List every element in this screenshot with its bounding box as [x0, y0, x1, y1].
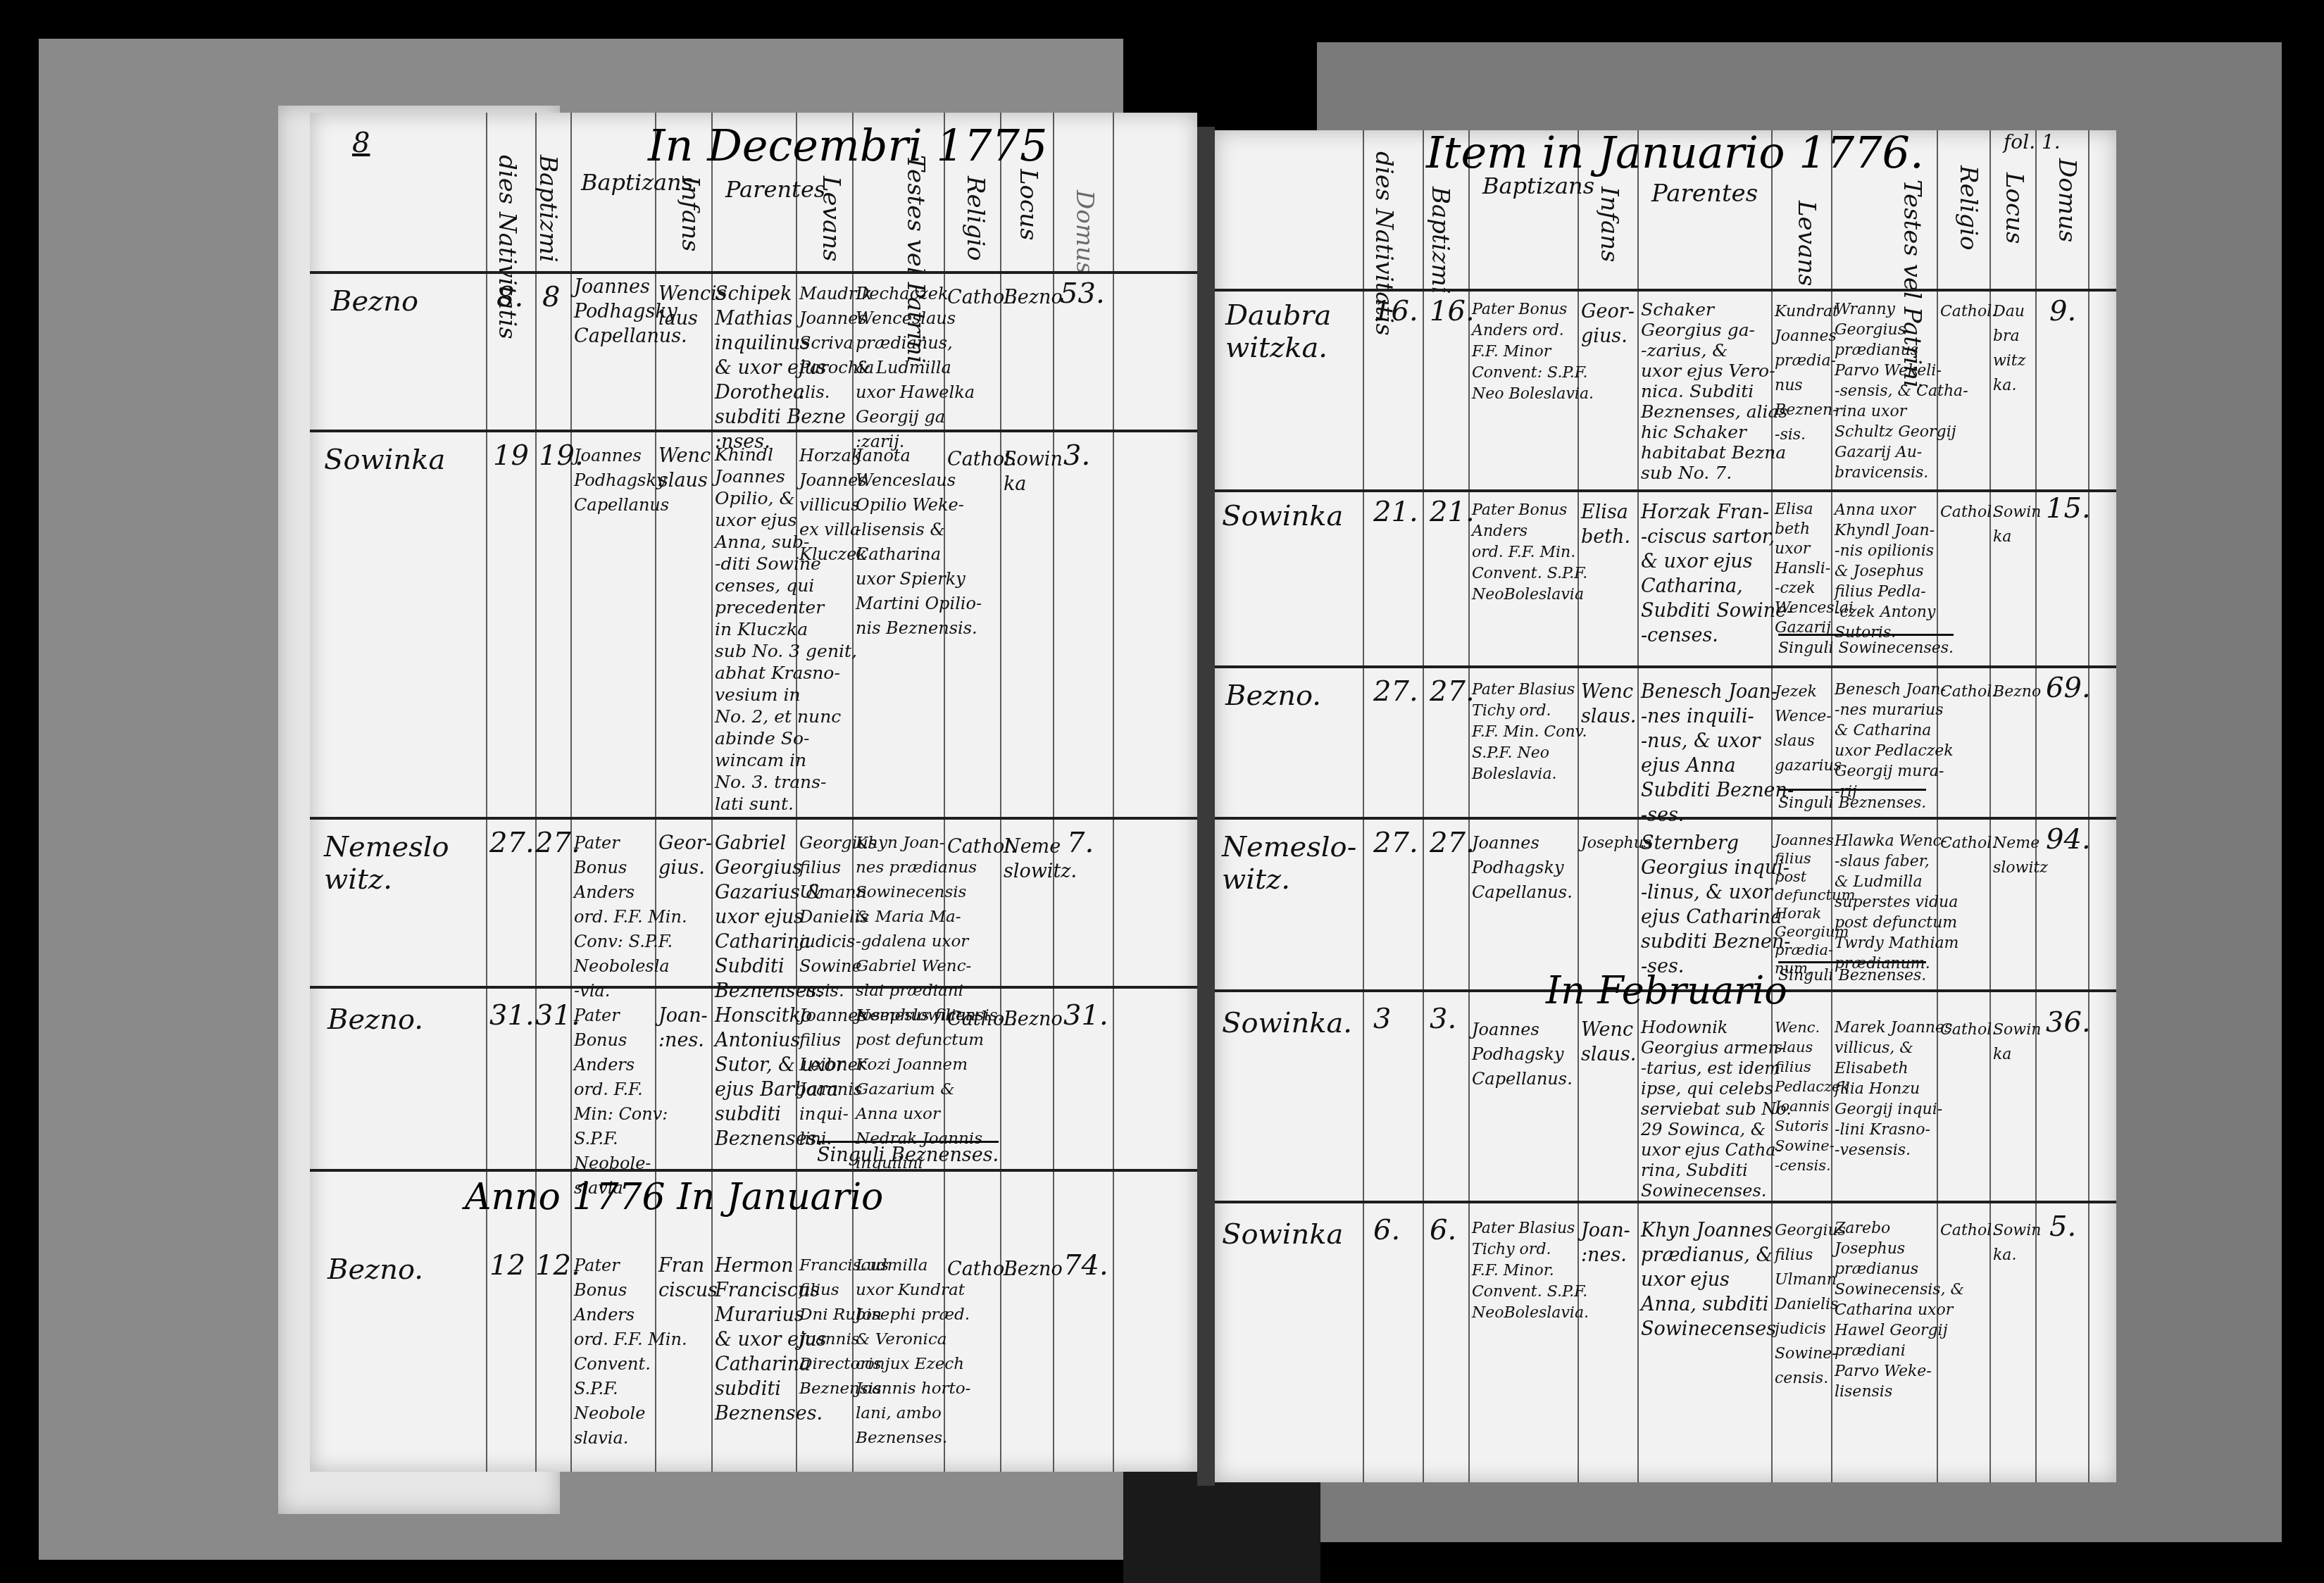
cell-testes: Ludmilla uxor Kundrat Josephi præd. & Ve…: [856, 1253, 970, 1451]
cell-domus: 7.: [1067, 831, 1094, 856]
cell-locus: Sowinka: [1222, 500, 1343, 532]
col-header-domus: Domus: [2053, 158, 2081, 242]
col-header-religio: Religio: [961, 176, 989, 261]
right-page: Item in Januario 1776. fol. 1. dies Nati…: [1215, 130, 2116, 1482]
cell-locus2: Neme slowitz.: [1004, 834, 1077, 884]
cell-parentes: Horzak Fran- -ciscus sartor, & uxor ejus…: [1641, 500, 1793, 648]
col-header-infans: Infans: [1595, 187, 1623, 263]
col-header-religio: Religio: [1954, 165, 1982, 251]
col-header-parentes: Parentes: [1651, 180, 1758, 208]
cell-locus2: Sowin ka: [1993, 500, 2041, 549]
col-header-locus: Locus: [1014, 169, 1042, 240]
cell-baptizans: Pater Bonus Anders ord. F.F. Minor Conve…: [1472, 299, 1594, 405]
cell-nativitas: 21.: [1373, 500, 1418, 525]
col-header-baptizmi: Baptizmi: [534, 155, 562, 263]
cell-domus: 94.: [2046, 827, 2091, 852]
folio-number: fol. 1.: [2004, 130, 2061, 154]
cell-baptizans: Pater Bonus Anders ord. F.F. Min. Conven…: [1472, 500, 1587, 606]
cell-nativitas: 3: [1373, 1007, 1391, 1032]
cell-locus: Nemeslo witz.: [324, 831, 449, 896]
cell-levans: Jezek Wence- slaus gazarius: [1775, 680, 1842, 778]
col-header-levans: Levans: [817, 176, 845, 262]
cell-testes: Zarebo Josephus prædianus Sowinecensis, …: [1835, 1218, 1964, 1402]
col-header-domus: Domus: [1070, 190, 1099, 274]
cell-domus: 69.: [2046, 676, 2091, 701]
cell-locus: Sowinka.: [1222, 1007, 1352, 1039]
cell-singuli: Singuli Beznenses.: [1778, 961, 1926, 988]
col-header-levans: Levans: [1792, 201, 1820, 287]
cell-infans: Geor- gius.: [658, 831, 712, 880]
cell-baptizmus: 8: [542, 285, 560, 310]
col-header-infans: Infans: [676, 176, 704, 252]
cell-locus: Nemeslo- witz.: [1222, 831, 1356, 896]
cell-baptizans: Pater Bonus Anders ord. F.F. Min: Conv: …: [574, 1003, 668, 1201]
cell-religio: Cathol.: [1940, 500, 1997, 525]
cell-infans: Joan- :nes.: [1581, 1218, 1630, 1268]
cell-baptizmus: 16.: [1430, 299, 1475, 324]
cell-testes: Wranny Georgius prædianus Parvo Wekeli- …: [1835, 299, 1968, 483]
cell-domus: 5.: [2049, 1215, 2076, 1239]
cell-baptizmus: 21.: [1430, 500, 1475, 525]
cell-infans: Elisa beth.: [1581, 500, 1630, 549]
cell-domus: 36.: [2046, 1011, 2091, 1035]
cell-levans: Kundrat Joannes prædia- nus Beznen- -sis…: [1775, 299, 1839, 447]
section-heading: In Februario: [1546, 968, 1787, 1013]
cell-locus2: Sowin ka: [1004, 447, 1063, 496]
cell-religio: Cathol.: [1940, 299, 1997, 324]
cell-nativitas: 16.: [1373, 299, 1418, 324]
cell-religio: Cathol.: [1940, 1218, 1997, 1243]
cell-testes: Khyn Joan- nes prædianus Sowinecensis & …: [856, 831, 1003, 1028]
col-header-locus: Locus: [2000, 173, 2028, 244]
cell-locus2: Bezno: [1993, 680, 2041, 704]
page-title: In Decembri 1775: [648, 120, 1047, 171]
col-header-baptizans: Baptizans: [1482, 173, 1594, 199]
cell-parentes: Sternberg Georgius inqui- -linus, & uxor…: [1641, 831, 1790, 979]
cell-locus2: Bezno: [1004, 285, 1063, 310]
col-header-baptizmi: Baptizmi: [1426, 187, 1454, 294]
cell-locus2: Dau bra witz ka.: [1993, 299, 2025, 398]
cell-infans: Wenc slaus.: [1581, 680, 1636, 729]
folio-number: 8: [352, 127, 370, 159]
cell-locus2: Bezno: [1004, 1007, 1063, 1032]
cell-nativitas: 8.: [496, 285, 523, 310]
book-gutter: [1197, 127, 1215, 1486]
cell-baptizans: Joannes Podhagsky Capellanus: [574, 444, 669, 518]
cell-baptizmus: 27.: [1430, 831, 1475, 856]
section-heading: Anno 1776 In Januario: [465, 1176, 883, 1218]
cell-locus: Daubra witzka.: [1225, 299, 1331, 364]
cell-nativitas: 19: [493, 444, 529, 468]
cell-locus: Sowinka: [1222, 1218, 1343, 1251]
cell-testes: Janota Wenceslaus Opilio Weke- -lisensis…: [856, 444, 982, 641]
cell-locus2: Bezno: [1004, 1257, 1063, 1282]
cell-infans: Joan- :nes.: [658, 1003, 708, 1053]
cell-baptizmus: 6.: [1430, 1218, 1456, 1243]
cell-locus: Bezno.: [1225, 680, 1321, 712]
col-header-parentes: Parentes: [725, 176, 825, 203]
cell-singuli: Singuli Sowinecenses.: [1778, 634, 1954, 661]
cell-testes: Benesch Joan- -nes murarius & Catharina …: [1835, 680, 1954, 802]
cell-nativitas: 6.: [1373, 1218, 1400, 1243]
cell-religio: Cathol.: [1940, 1018, 1997, 1042]
cell-baptizans: Pater Blasius Tichy ord. F.F. Minor. Con…: [1472, 1218, 1589, 1324]
cell-nativitas: 27.: [1373, 831, 1418, 856]
cell-religio: Cathol.: [1940, 680, 1997, 704]
cell-nativitas: 12: [489, 1253, 525, 1278]
cell-parentes: Schaker Georgius ga- -zarius, & uxor eju…: [1641, 299, 1787, 483]
cell-locus: Bezno.: [327, 1253, 423, 1286]
cell-locus2: Sowin ka: [1993, 1018, 2041, 1067]
cell-locus2: Sowin ka.: [1993, 1218, 2041, 1268]
cell-singuli: Singuli Beznenses.: [817, 1141, 999, 1168]
cell-infans: Wenc slaus: [658, 444, 711, 493]
cell-testes: Anna uxor Khyndl Joan- -nis opilionis & …: [1835, 500, 1935, 643]
cell-parentes: Benesch Joan- -nes inquili- -nus, & uxor…: [1641, 680, 1794, 827]
cell-nativitas: 31.: [489, 1003, 535, 1028]
cell-nativitas: 27.: [489, 831, 535, 856]
cell-nativitas: 27.: [1373, 680, 1418, 704]
cell-locus: Sowinka: [324, 444, 445, 476]
cell-domus: 74.: [1063, 1253, 1108, 1278]
cell-domus: 15.: [2046, 496, 2091, 521]
cell-baptizmus: 3.: [1430, 1007, 1456, 1032]
cell-infans: Wenc slaus.: [1581, 1018, 1636, 1067]
cell-baptizans: Pater Blasius Tichy ord. F.F. Min. Conv.…: [1472, 680, 1587, 785]
cell-locus2: Neme slowitz: [1993, 831, 2048, 880]
cell-baptizans: Joannes Podhagsky Capellanus.: [1472, 831, 1573, 905]
page-title: Item in Januario 1776.: [1426, 127, 1924, 178]
left-page: 8 In Decembri 1775 dies Nativitatis Bapt…: [310, 113, 1197, 1472]
cell-domus: 31.: [1063, 1003, 1108, 1028]
cell-testes: Marek Joannes villicus, & Elisabeth fili…: [1835, 1018, 1952, 1160]
cell-parentes: Hodownik Georgius armen- -tarius, est id…: [1641, 1018, 1792, 1201]
cell-religio: Cathol.: [1940, 831, 1997, 856]
cell-domus: 53.: [1060, 282, 1105, 306]
scanner-right-edge: [2282, 0, 2324, 1583]
cell-locus: Bezno.: [327, 1003, 423, 1036]
cell-singuli: Singuli Beznenses.: [1778, 789, 1926, 815]
cell-infans: Geor- gius.: [1581, 299, 1635, 349]
cell-domus: 3.: [1063, 444, 1090, 468]
cell-baptizans: Joannes Podhagsky Capellanus.: [1472, 1018, 1573, 1091]
cell-infans: Fran ciscus: [658, 1253, 718, 1303]
cell-domus: 9.: [2049, 299, 2076, 324]
cell-locus: Bezno: [331, 285, 418, 318]
cell-baptizmus: 27.: [1430, 680, 1475, 704]
cell-parentes: Khyn Joannes prædianus, & uxor ejus Anna…: [1641, 1218, 1776, 1341]
